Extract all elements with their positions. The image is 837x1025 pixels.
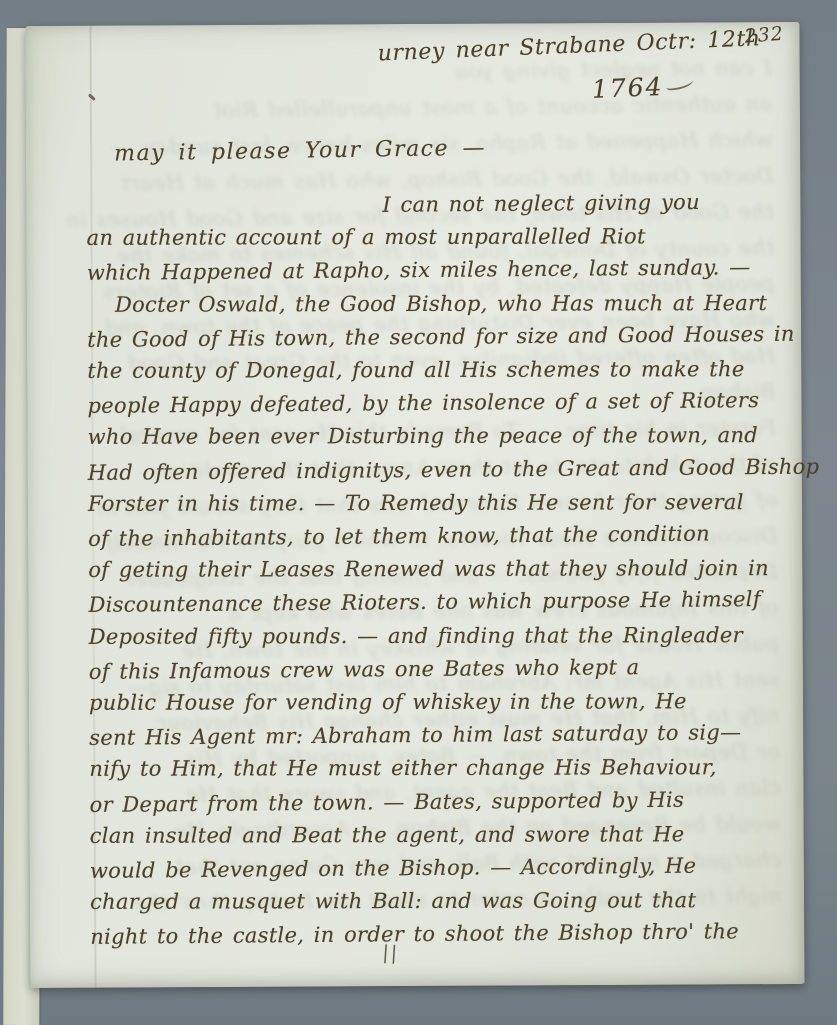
manuscript-line: would be Revenged on the Bishop. — Accor… (90, 849, 770, 888)
manuscript-line: Forster in his time. — To Remedy this He… (88, 486, 768, 521)
manuscript-line: which Happened at Rapho, six miles hence… (87, 251, 767, 290)
manuscript-line: nify to Him, that He must either change … (89, 751, 769, 786)
manuscript-line: the Good of His town, the second for siz… (87, 318, 767, 357)
ink-fleck (88, 93, 96, 101)
letter-page: I can not neglect giving youan authentic… (25, 22, 804, 988)
manuscript-line: or Depart from the town. — Bates, suppor… (89, 783, 769, 822)
manuscript-line: Had often offered indignitys, even to th… (88, 451, 768, 490)
manuscript-line: the county of Donegal, found all His sch… (87, 353, 767, 388)
manuscript-line: clan insulted and Beat the agent, and sw… (90, 818, 770, 853)
manuscript-line: charged a musquet with Ball: and was Goi… (90, 884, 770, 919)
dateline-year: 1764 (591, 71, 694, 104)
manuscript-line: I can not neglect giving you (382, 185, 766, 222)
photograph-of-letter: I can not neglect giving youan authentic… (0, 0, 837, 1025)
manuscript-line: Discountenance these Rioters. to which p… (88, 583, 768, 622)
footer-mark: || (382, 942, 400, 965)
manuscript-line: public House for vending of whiskey in t… (89, 685, 769, 720)
letter-body: I can not neglect giving youan authentic… (86, 186, 770, 953)
manuscript-line: who Have been ever Disturbing the peace … (88, 419, 768, 454)
manuscript-line: Docter Oswald, the Good Bishop, who Has … (115, 287, 767, 322)
dateline: urney near Strabane Octr: 12th (377, 25, 798, 67)
manuscript-line: of the inhabitants, to let them know, th… (88, 517, 768, 556)
manuscript-line: people Happy defeated, by the insolence … (87, 384, 767, 423)
manuscript-line: of geting their Leases Renewed was that … (88, 552, 768, 587)
manuscript-line: an authentic account of a most unparalle… (87, 220, 767, 255)
manuscript-line: of this Infamous crew was one Bates who … (89, 650, 769, 689)
manuscript-line: sent His Agent mr: Abraham to him last s… (89, 716, 769, 755)
manuscript-line: night to the castle, in order to shoot t… (90, 915, 770, 954)
salutation: may it please Your Grace — (114, 136, 486, 167)
manuscript-line: Deposited fifty pounds. — and finding th… (89, 619, 769, 654)
